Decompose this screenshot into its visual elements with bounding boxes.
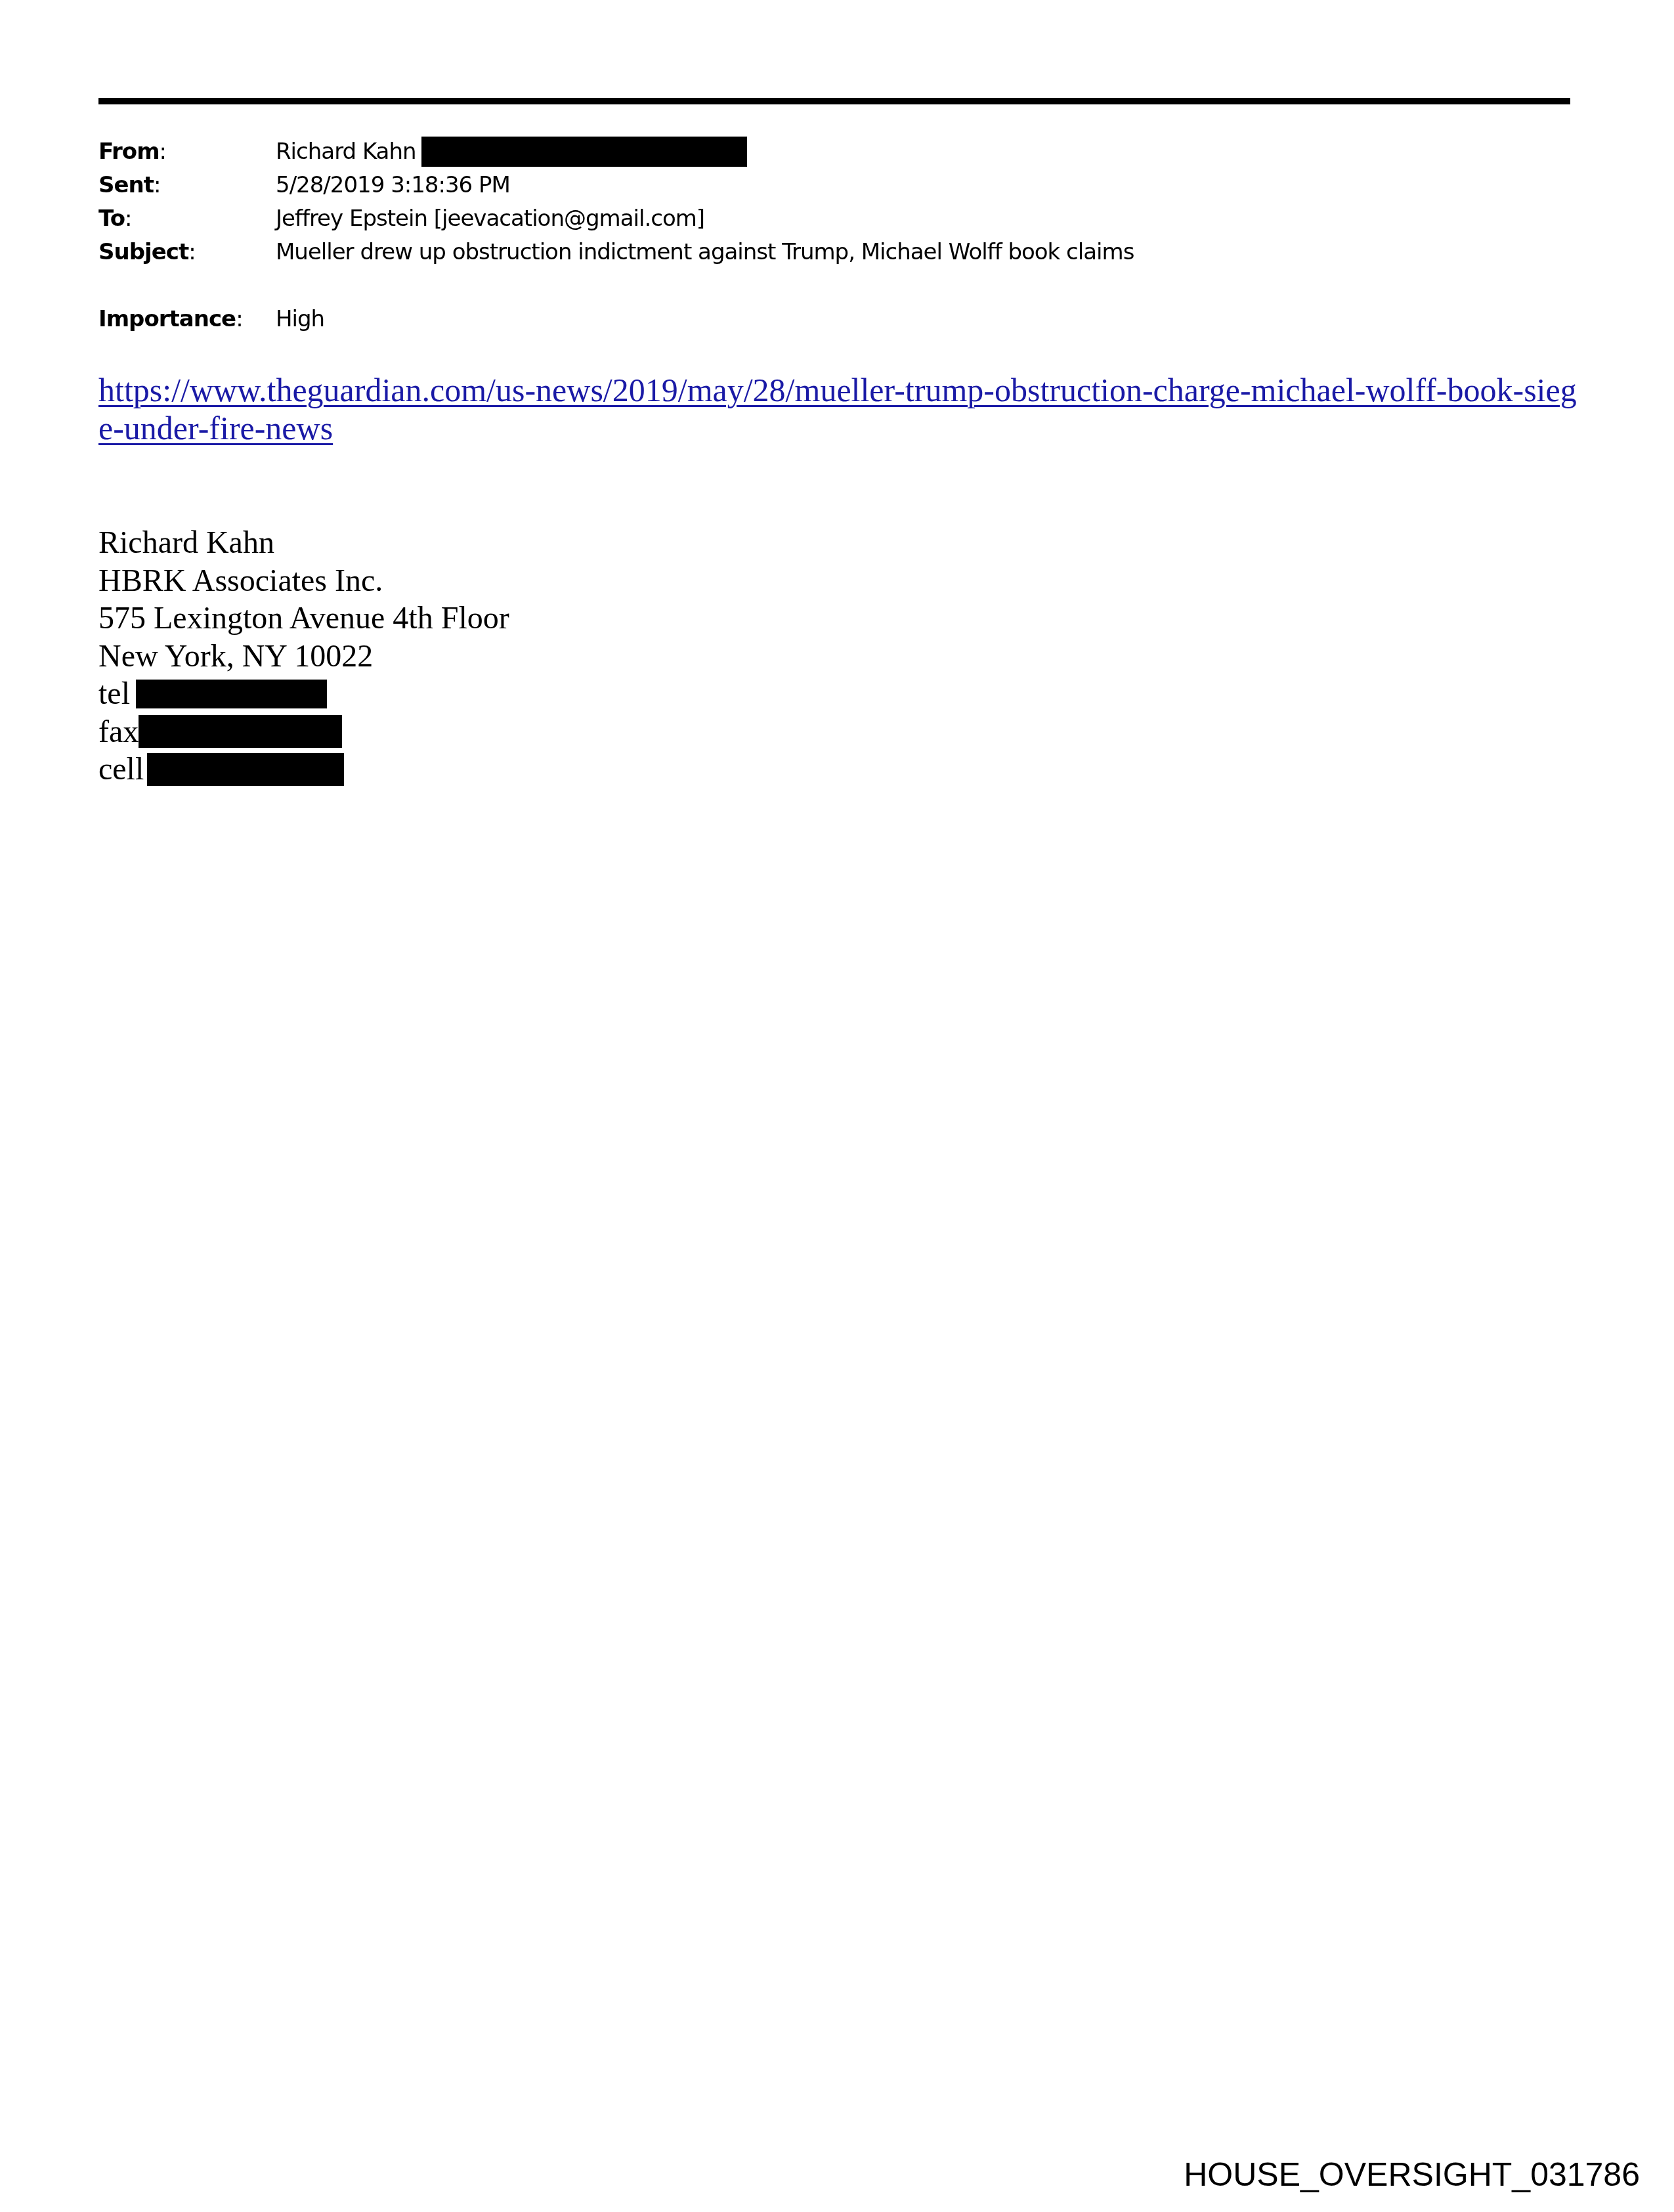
tel-label: tel [98, 675, 130, 713]
signature-address-line-1: 575 Lexington Avenue 4th Floor [98, 599, 509, 638]
signature-tel: tel [98, 675, 509, 713]
signature-cell: cell [98, 750, 509, 789]
email-signature: Richard Kahn HBRK Associates Inc. 575 Le… [98, 524, 509, 789]
header-sent: Sent: 5/28/2019 3:18:36 PM [98, 168, 1134, 202]
fax-label: fax [98, 713, 139, 751]
signature-address-line-2: New York, NY 10022 [98, 638, 509, 676]
header-label: From: [98, 139, 276, 165]
header-label: To: [98, 206, 276, 232]
from-name: Richard Kahn [276, 139, 416, 165]
header-divider-rule [98, 98, 1570, 104]
signature-name: Richard Kahn [98, 524, 509, 562]
header-label: Sent: [98, 172, 276, 198]
header-value: Mueller drew up obstruction indictment a… [276, 239, 1134, 265]
signature-company: HBRK Associates Inc. [98, 562, 509, 600]
redaction-block [147, 753, 344, 786]
header-subject: Subject: Mueller drew up obstruction ind… [98, 235, 1134, 269]
header-importance: Importance: High [98, 302, 1134, 336]
email-headers: From: Richard Kahn Sent: 5/28/2019 3:18:… [98, 135, 1134, 336]
header-value: Richard Kahn [276, 137, 747, 167]
header-from: From: Richard Kahn [98, 135, 1134, 168]
article-link[interactable]: https://www.theguardian.com/us-news/2019… [98, 371, 1582, 447]
redaction-block [136, 680, 327, 708]
header-value: Jeffrey Epstein [jeevacation@gmail.com] [276, 206, 704, 232]
header-value: 5/28/2019 3:18:36 PM [276, 172, 510, 198]
bates-number: HOUSE_OVERSIGHT_031786 [1184, 2156, 1640, 2194]
redaction-block [139, 715, 342, 748]
header-label: Importance: [98, 306, 276, 332]
redaction-block [421, 137, 747, 167]
header-to: To: Jeffrey Epstein [jeevacation@gmail.c… [98, 202, 1134, 235]
header-value: High [276, 306, 324, 332]
signature-fax: fax [98, 713, 509, 751]
header-label: Subject: [98, 239, 276, 265]
cell-label: cell [98, 750, 144, 789]
